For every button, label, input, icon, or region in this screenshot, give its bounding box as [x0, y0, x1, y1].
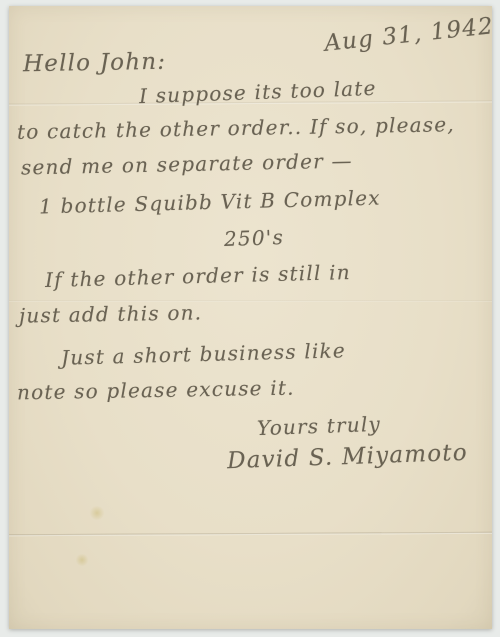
letter-line: to catch the other order.. If so, please…: [17, 112, 455, 144]
letter-line: 1 bottle Squibb Vit B Complex: [39, 186, 381, 219]
letter-line: 250's: [224, 225, 285, 251]
letter-paper: Aug 31, 1942 Hello John: I suppose its t…: [9, 6, 492, 629]
paper-stain: [89, 506, 105, 520]
letter-line: note so please excuse it.: [17, 376, 295, 405]
letter-signature: David S. Miyamoto: [227, 440, 469, 474]
paper-stain: [75, 554, 89, 566]
letter-date: Aug 31, 1942: [323, 13, 495, 57]
letter-line: If the other order is still in: [45, 260, 351, 292]
letter-closing: Yours truly: [257, 412, 382, 440]
letter-line: send me on separate order —: [21, 149, 353, 180]
letter-line: I suppose its too late: [139, 76, 377, 108]
fold-crease-bottom: [9, 532, 492, 537]
letter-line: just add this on.: [19, 300, 203, 327]
scanned-letter: Aug 31, 1942 Hello John: I suppose its t…: [0, 0, 500, 637]
letter-greeting: Hello John:: [23, 49, 167, 77]
letter-line: Just a short business like: [61, 338, 346, 369]
